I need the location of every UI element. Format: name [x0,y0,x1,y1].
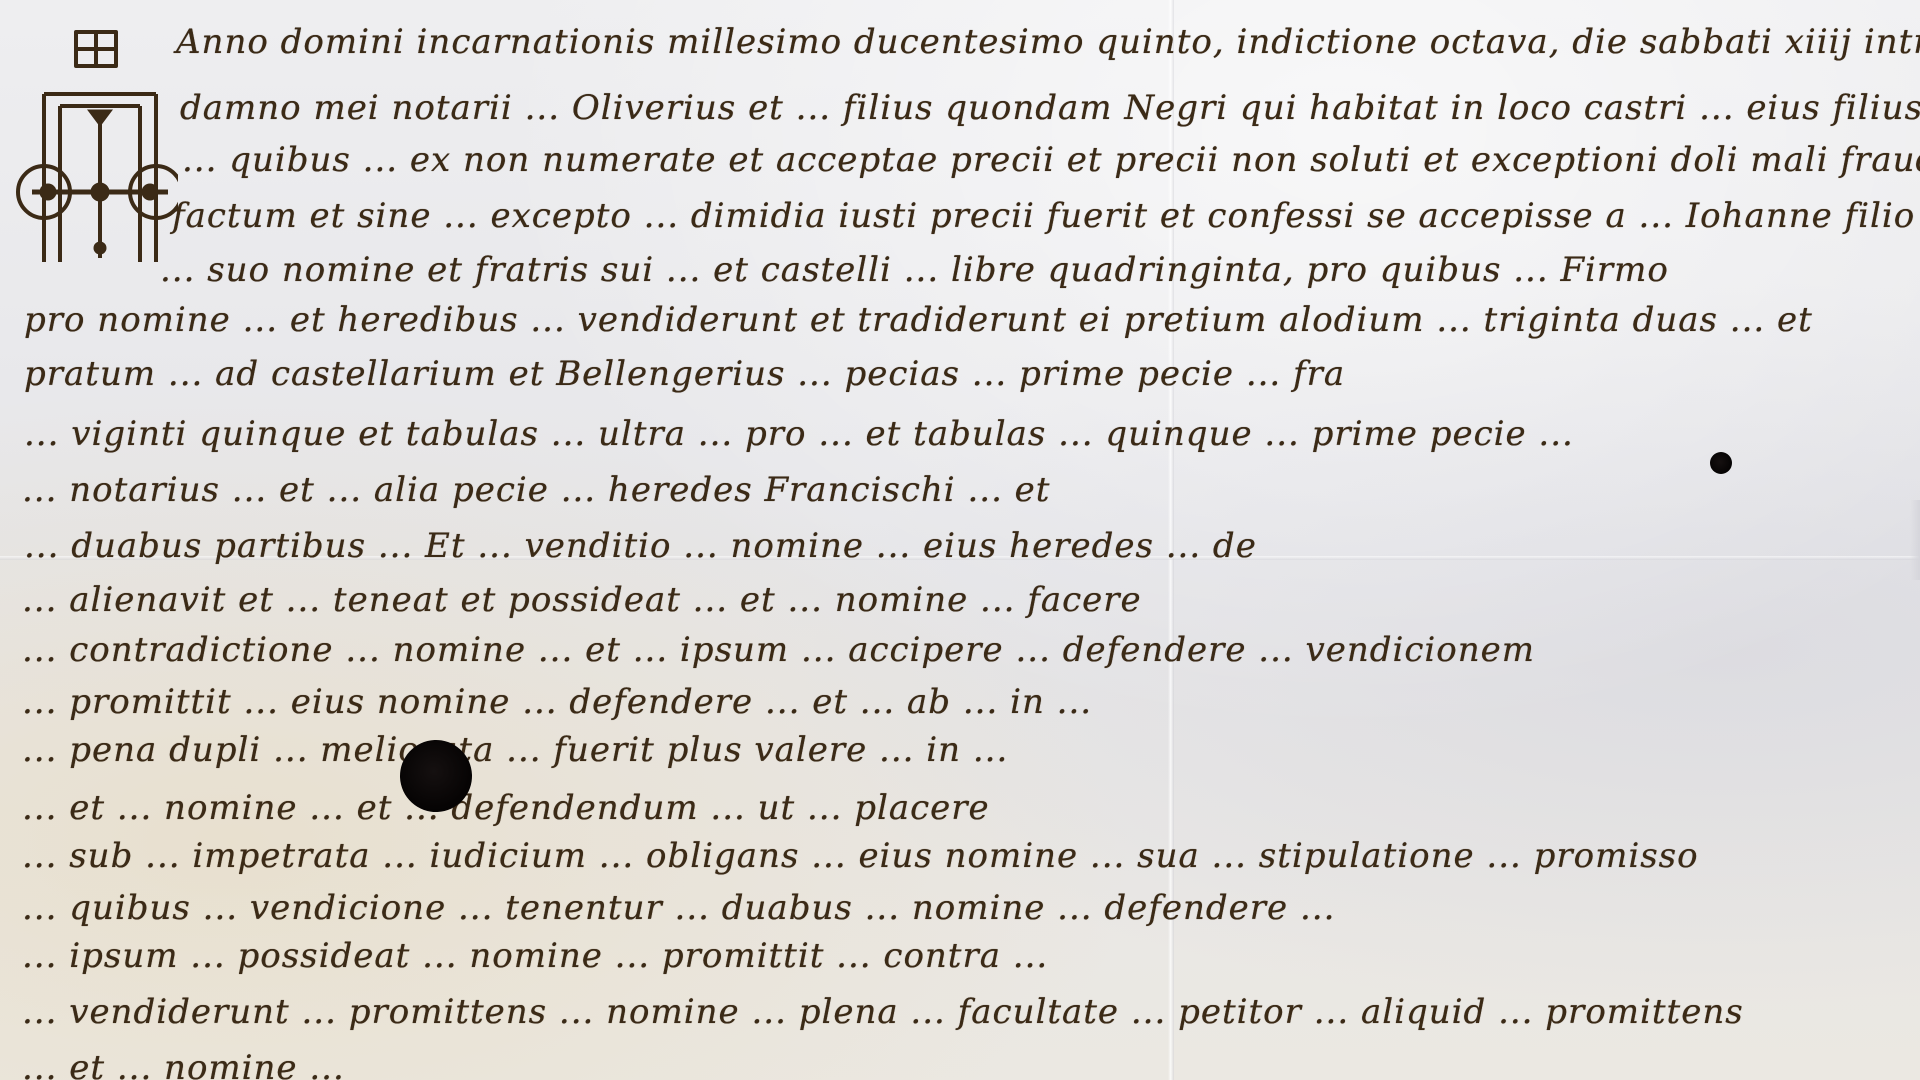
manuscript-line: ... quibus ... vendicione ... tenentur .… [22,888,1335,928]
parchment-document: Anno domini incarnationis millesimo duce… [0,0,1920,1080]
manuscript-line: ... alienavit et ... teneat et possideat… [22,580,1142,620]
manuscript-line: ... et ... nomine ... et ... defendendum… [22,788,990,828]
manuscript-line: ... suo nomine et fratris sui ... et cas… [160,250,1669,290]
manuscript-line: ... promittit ... eius nomine ... defend… [22,682,1092,722]
manuscript-line: ... et ... nomine ... [22,1048,345,1080]
manuscript-line: ... duabus partibus ... Et ... venditio … [24,526,1257,566]
notarial-sign-icon [8,22,178,262]
ink-dot [1710,452,1732,474]
manuscript-line: ... pena dupli ... meliorata ... fuerit … [22,730,1008,770]
manuscript-line: Anno domini incarnationis millesimo duce… [176,22,1920,62]
manuscript-line: ... sub ... impetrata ... iudicium ... o… [22,836,1699,876]
manuscript-line: ... contradictione ... nomine ... et ...… [22,630,1535,670]
manuscript-line: ... notarius ... et ... alia pecie ... h… [22,470,1050,510]
manuscript-line: pro nomine ... et heredibus ... vendider… [24,300,1813,340]
manuscript-line: ... ipsum ... possideat ... nomine ... p… [22,936,1048,976]
manuscript-line: pratum ... ad castellarium et Bellengeri… [24,354,1345,394]
manuscript-line: ... viginti quinque et tabulas ... ultra… [24,414,1574,454]
manuscript-line: ... vendiderunt ... promittens ... nomin… [22,992,1744,1032]
manuscript-line: ... quibus ... ex non numerate et accept… [182,140,1920,180]
torn-edge [1910,500,1920,580]
manuscript-line: factum et sine ... excepto ... dimidia i… [172,196,1920,236]
manuscript-line: damno mei notarii ... Oliverius et ... f… [180,88,1920,128]
